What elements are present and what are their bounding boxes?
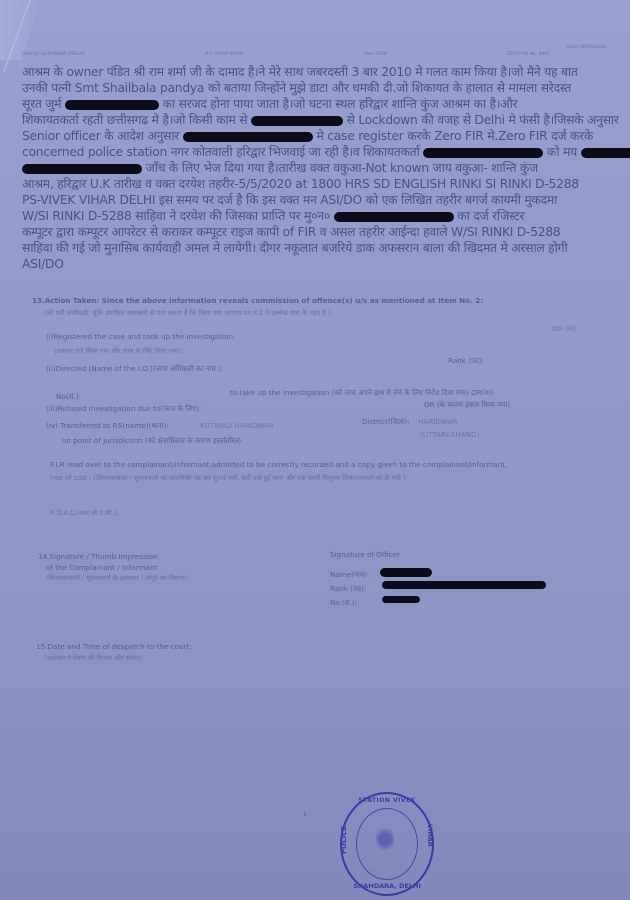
police-station-stamp: STATION VIVEK POLICE VIHAR SHAHDARA, DEL… <box>340 792 434 896</box>
narrative-line: सूरत जुर्म का सरजद होना पाया जाता है।जो … <box>22 96 612 112</box>
narrative-line: उनकी पत्नी Smt Shailbala pandya को बताया… <box>22 80 612 96</box>
stamp-text-right: VIHAR <box>426 824 434 847</box>
state-value: (UTTARAKHAND) <box>420 430 479 439</box>
stamp-text-bottom: SHAHDARA, DELHI <box>342 882 432 890</box>
redacted-officer-no <box>382 596 420 603</box>
jurisdiction-label: on point of jurisdiction (को क्षेत्राधिक… <box>62 436 241 446</box>
redaction-bar <box>334 212 454 222</box>
narrative-line: शिकायतकर्ता रहती छत्तीसगढ मे है।जो किसी … <box>22 112 612 128</box>
district-value: HARIDWAR <box>418 417 458 426</box>
section-14-title: 14.Signature / Thumb Impression <box>38 552 158 561</box>
or-refused-label: OR (के कारण इंकार किया गया) <box>424 400 510 410</box>
redaction-bar <box>581 148 630 158</box>
directed-io-label: (ii)Directed (Name of the I.O.)(जाच अधिक… <box>46 364 223 374</box>
rank-label: Rank (पद): <box>448 356 484 366</box>
transferred-ps-value: KOTWALI HARIDWAR <box>200 421 274 430</box>
refused-investigation-label: (iii)Refused investigation due to(जाच के… <box>46 404 201 414</box>
document-header: District: SHAHDARA (DELHI) P.S. VIVEK VI… <box>22 52 610 57</box>
header-ps: P.S. VIVEK VIHAR <box>205 52 243 57</box>
narrative-line: PS-VIVEK VIHAR DELHI इस समय पर दर्ज है क… <box>22 192 612 208</box>
take-up-investigation: to take up the investigation (को जाच अपन… <box>230 388 493 398</box>
stamp-text-top: STATION VIVEK <box>342 797 432 804</box>
header-fir-no: ZERO FIR No. 0001 <box>507 52 550 57</box>
emblem-icon <box>376 828 394 856</box>
narrative-line: W/SI RINKI D-5288 साहिवा ने दरयेश की जिस… <box>22 208 612 224</box>
redacted-officer-name <box>380 568 432 577</box>
district-label: District(जिला): <box>362 417 410 427</box>
fir-read-over: F.I.R read over to the complainant/infor… <box>50 460 507 469</box>
registered-case-hindi: (प्रकरण दर्ज किया गया और जाच के लिए लिया… <box>54 346 183 355</box>
free-of-cost: free of cost : (शिकायतकर्ता / सूचनाकर्ता… <box>50 473 406 482</box>
narrative-line: साहिवा की गई जो मुनासिब कार्यवाही अमल मे… <box>22 240 612 256</box>
officer-rank-label: Rank (पद): <box>330 584 366 594</box>
officer-name-label: Name(नाम): <box>330 570 369 580</box>
narrative-line: concerned police station नगर कोतवाली हरि… <box>22 144 612 160</box>
section-14-subtitle: of the Complainant / Informant <box>46 563 157 572</box>
complaint-narrative: आश्रम के owner पंडित श्री राम शर्मा जी क… <box>22 64 612 272</box>
redacted-officer-rank <box>382 581 546 589</box>
signature-of-officer: Signature of Officer <box>330 550 400 559</box>
document-page: District: SHAHDARA (DELHI) P.S. VIVEK VI… <box>0 0 630 900</box>
section-13-title: 13.Action Taken: Since the above informa… <box>32 296 483 305</box>
header-district: District: SHAHDARA (DELHI) <box>22 52 85 57</box>
redaction-bar <box>251 116 343 126</box>
narrative-line: कम्पूटर द्वारा कम्पूटर आपरेटर से कराकर क… <box>22 224 612 240</box>
header-date: Date: 06/05/2020 <box>566 45 606 50</box>
roac-label: R.O.A.C.(आर.ओ.ए.सी.): <box>50 508 118 517</box>
redaction-bar <box>423 148 543 158</box>
or-label-1: OR (या) <box>552 324 577 334</box>
no-label: No(सं.): <box>56 392 81 402</box>
narrative-line: आश्रम, हरिद्वार U.K तारीख व वक्त दरयेश त… <box>22 176 612 192</box>
stamp-text-left: POLICE <box>340 826 348 854</box>
section-15-hindi: (अदालत मे प्रेषण की दिनाक और समय): <box>44 653 143 662</box>
redaction-bar <box>65 100 159 110</box>
narrative-line: आश्रम के owner पंडित श्री राम शर्मा जी क… <box>22 64 612 80</box>
registered-case-label: (i)Registered the case and took up the i… <box>46 332 236 341</box>
officer-no-label: No.(सं.): <box>330 598 357 608</box>
transferred-ps-label: (iv) Transferred to P.S(name)(थाना): <box>46 421 169 431</box>
redaction-bar <box>183 132 313 142</box>
header-year: Year 2020 <box>364 52 386 57</box>
section-13-hindi: (की गयी कार्यवाही: चूंकि उपरोक्त जानकारी… <box>44 308 333 317</box>
section-14-hindi: (शिकायतकर्ता / सूचनाकर्ता के हस्ताक्षर /… <box>46 573 189 582</box>
redaction-bar <box>22 164 142 174</box>
narrative-line: ASI/DO <box>22 256 612 272</box>
section-15-title: 15.Date and Time of despatch to the cour… <box>36 642 192 651</box>
narrative-line: जाँच के लिए भेज दिया गया है।तारीख वक्त व… <box>22 160 612 176</box>
narrative-line: Senior officer के आदेश अनुसार मे case re… <box>22 128 612 144</box>
page-number: 3 <box>303 812 306 818</box>
